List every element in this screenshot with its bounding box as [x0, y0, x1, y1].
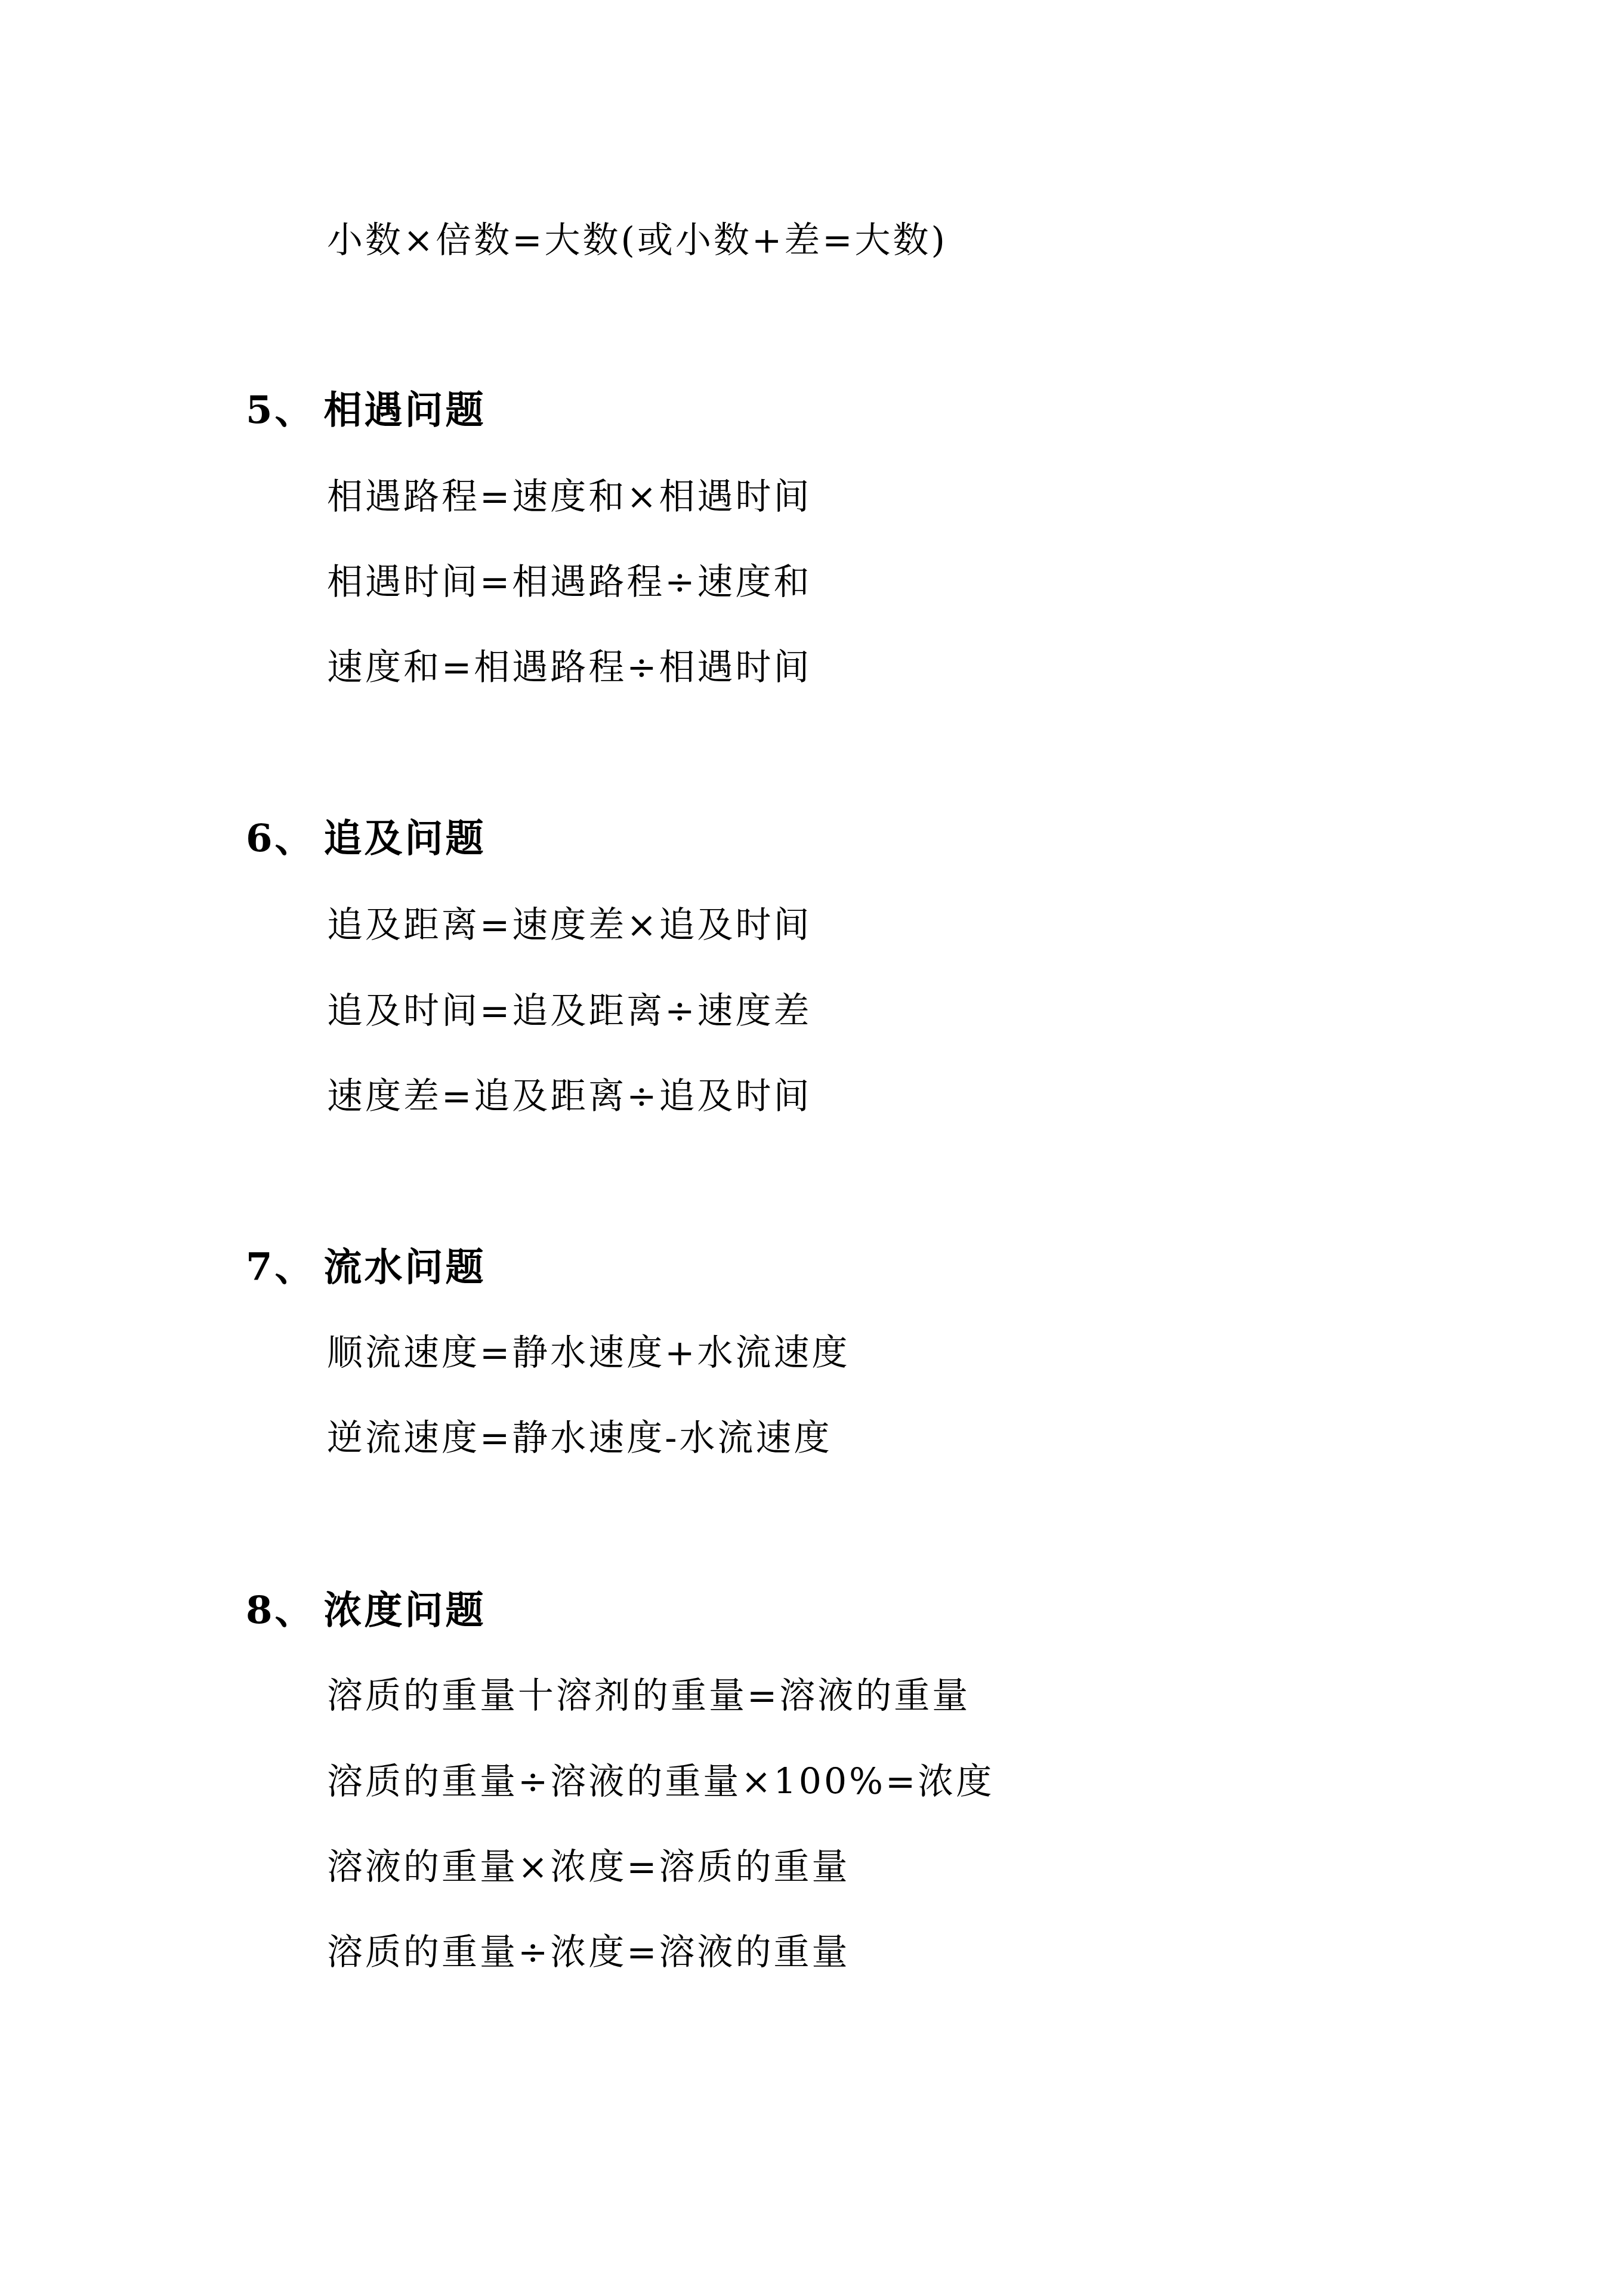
formula-line: 速度差=追及距离÷追及时间 — [327, 1073, 812, 1120]
section-number: 8、 — [246, 1588, 316, 1633]
section-heading-concentration: 8、浓度问题 — [246, 1586, 486, 1636]
section-title: 相遇问题 — [324, 388, 486, 432]
document-page: 小数×倍数=大数(或小数+差=大数) 5、相遇问题 相遇路程=速度和×相遇时间 … — [0, 0, 1624, 2296]
formula-line: 溶液的重量×浓度=溶质的重量 — [327, 1843, 850, 1891]
formula-line: 顺流速度=静水速度+水流速度 — [327, 1329, 850, 1377]
section-number: 5、 — [246, 388, 316, 432]
formula-line: 相遇时间=相遇路程÷速度和 — [327, 558, 812, 606]
section-number: 6、 — [246, 816, 316, 861]
section-title: 追及问题 — [324, 816, 486, 861]
section-heading-pursuit: 6、追及问题 — [246, 814, 486, 864]
formula-line: 相遇路程=速度和×相遇时间 — [327, 473, 812, 521]
formula-line: 追及距离=速度差×追及时间 — [327, 901, 812, 949]
section-heading-current: 7、流水问题 — [246, 1243, 486, 1293]
formula-line: 追及时间=追及距离÷速度差 — [327, 987, 812, 1035]
section-title: 流水问题 — [324, 1245, 486, 1290]
formula-line: 速度和=相遇路程÷相遇时间 — [327, 644, 812, 691]
formula-line: 溶质的重量÷浓度=溶液的重量 — [327, 1929, 850, 1976]
formula-line: 溶质的重量十溶剂的重量=溶液的重量 — [327, 1672, 970, 1720]
formula-line: 溶质的重量÷溶液的重量×100%=浓度 — [327, 1758, 994, 1806]
section-number: 7、 — [246, 1245, 316, 1290]
intro-formula: 小数×倍数=大数(或小数+差=大数) — [327, 217, 947, 264]
formula-line: 逆流速度=静水速度-水流速度 — [327, 1414, 832, 1462]
section-heading-meeting: 5、相遇问题 — [246, 385, 486, 435]
section-title: 浓度问题 — [324, 1588, 486, 1633]
